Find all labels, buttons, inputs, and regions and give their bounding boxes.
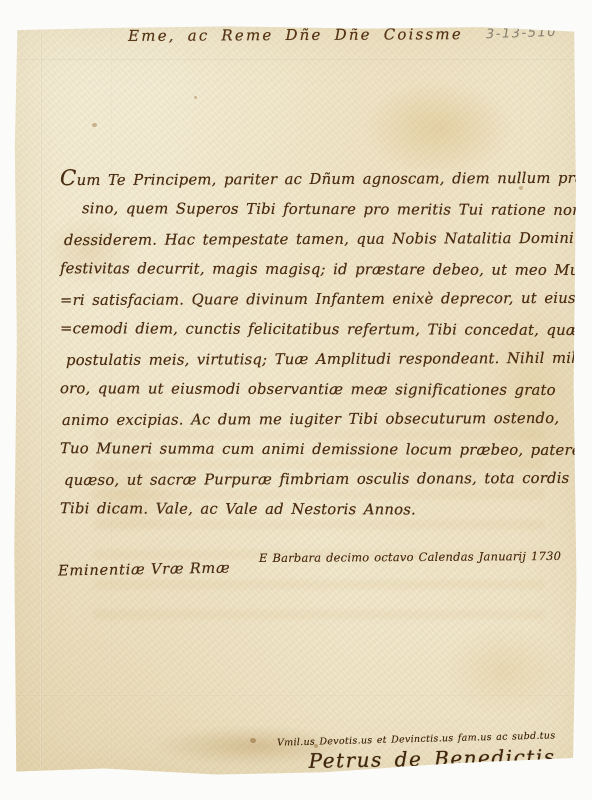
letter-line: festivitas decurrit, magis magisq; id pr… [60, 254, 548, 286]
letter-line: Tibi dicam. Vale, ac Vale ad Nestoris An… [60, 494, 548, 526]
letter-line: sino, quem Superos Tibi fortunare pro me… [82, 194, 548, 226]
letter-line: =ri satisfaciam. Quare divinum Infantem … [60, 284, 548, 316]
foxing-spot [92, 123, 97, 127]
horizontal-fold-crease [14, 58, 577, 61]
foxing-spot [250, 738, 256, 743]
horizontal-fold-crease [14, 694, 577, 697]
letter-line: =cemodi diem, cunctis felicitatibus refe… [60, 314, 548, 346]
signature-name: Petrus de Benedictis [276, 745, 555, 774]
foxing-spot [194, 96, 197, 99]
closing-formula: Eminentiæ Vræ Rmæ [58, 560, 231, 579]
vertical-fold-crease [40, 26, 43, 776]
catalog-number-pencil: 3-13-510 [486, 25, 557, 42]
letter-line: postulatis meis, virtutisq; Tuæ Amplitud… [66, 344, 548, 376]
letter-line: oro, quam ut eiusmodi observantiæ meæ si… [60, 374, 548, 406]
signature-block: Vmil.us Devotis.us et Devinctis.us fam.u… [277, 734, 556, 771]
letter-line: quæso, ut sacræ Purpuræ fimbriam osculis… [64, 464, 548, 496]
letter-line: Tuo Muneri summa cum animi demissione lo… [60, 434, 548, 466]
letter-line: dessiderem. Hac tempestate tamen, qua No… [64, 224, 548, 256]
letter-line: Cum Te Principem, pariter ac Dñum agnosc… [60, 162, 548, 196]
dateline: E Barbara decimo octavo Calendas Januari… [259, 549, 561, 565]
letter-line: animo excipias. Ac dum me iugiter Tibi o… [62, 404, 548, 436]
paper-stain [444, 626, 564, 716]
letter-paper: Eme, ac Reme Dñe Dñe Coissme 3-13-510 Cu… [14, 26, 577, 776]
letter-body: Cum Te Principem, pariter ac Dñum agnosc… [60, 163, 548, 525]
scanned-letter: Eme, ac Reme Dñe Dñe Coissme 3-13-510 Cu… [0, 0, 592, 800]
